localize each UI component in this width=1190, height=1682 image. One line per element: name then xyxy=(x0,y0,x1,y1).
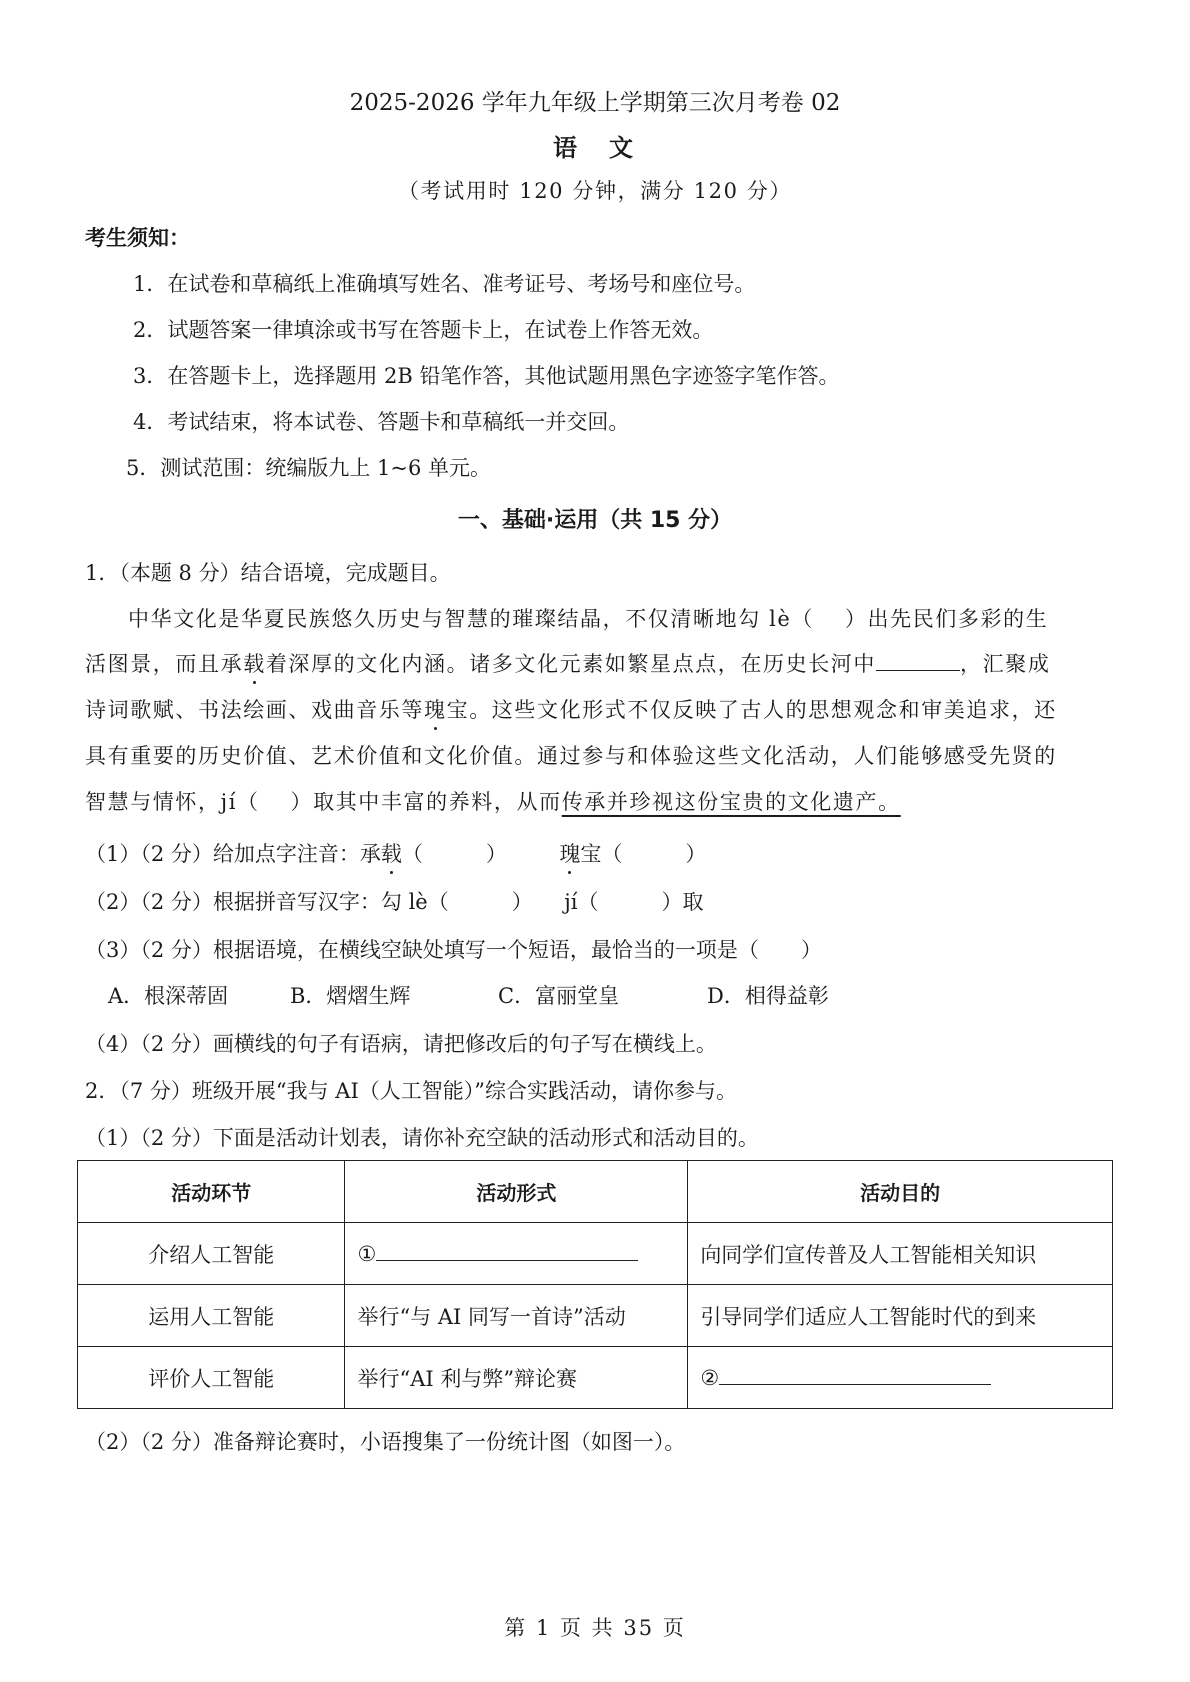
option-a[interactable]: A．根深蒂固 xyxy=(108,980,228,1010)
question-1-sub-1: （1）（2 分）给加点字注音：承载（ ） 瑰宝（ ） xyxy=(85,838,706,868)
column-header: 活动形式 xyxy=(345,1161,688,1223)
table-row: 评价人工智能 举行“AI 利与弊”辩论赛 ② xyxy=(78,1347,1113,1409)
question-2-sub-1: （1）（2 分）下面是活动计划表，请你补充空缺的活动形式和活动目的。 xyxy=(85,1122,759,1152)
stage-cell: 评价人工智能 xyxy=(78,1347,345,1409)
section-heading: 一、基础·运用（共 15 分） xyxy=(0,503,1190,534)
question-1-sub-4: （4）（2 分）画横线的句子有语病，请把修改后的句子写在横线上。 xyxy=(85,1028,717,1058)
passage-line: 具有重要的历史价值、艺术价值和文化价值。通过参与和体验这些文化活动，人们能够感受… xyxy=(85,740,1057,770)
dotted-char: 瑰 xyxy=(559,842,580,866)
table-header-row: 活动环节 活动形式 活动目的 xyxy=(78,1161,1113,1223)
form-cell[interactable]: ① xyxy=(345,1223,688,1285)
sub-text: （ ） xyxy=(402,842,560,866)
passage-line: 智慧与情怀，jí（ ）取其中丰富的养料，从而传承并珍视这份宝贵的文化遗产。 xyxy=(85,786,901,816)
notice-item: 1．在试卷和草稿纸上准确填写姓名、准考证号、考场号和座位号。 xyxy=(133,268,755,298)
passage-line: 诗词歌赋、书法绘画、戏曲音乐等瑰宝。这些文化形式不仅反映了古人的思想观念和审美追… xyxy=(85,694,1057,724)
dotted-char: 瑰 xyxy=(424,698,447,722)
option-d[interactable]: D．相得益彰 xyxy=(707,980,829,1010)
sub-text: （1）（2 分）给加点字注音：承 xyxy=(85,842,381,866)
passage-text: ，汇聚成 xyxy=(960,652,1050,676)
circled-number: ② xyxy=(700,1366,719,1390)
exam-info: （考试用时 120 分钟，满分 120 分） xyxy=(0,175,1190,205)
sub-text: 宝（ ） xyxy=(580,842,706,866)
passage-text: 诗词歌赋、书法绘画、戏曲音乐等 xyxy=(85,698,424,722)
answer-blank[interactable] xyxy=(876,669,960,671)
table-row: 运用人工智能 举行“与 AI 同写一首诗”活动 引导同学们适应人工智能时代的到来 xyxy=(78,1285,1113,1347)
option-c[interactable]: C．富丽堂皇 xyxy=(498,980,619,1010)
question-1-sub-3: （3）（2 分）根据语境，在横线空缺处填写一个短语，最恰当的一项是（ ） xyxy=(85,934,822,964)
passage-line: 活图景，而且承载着深厚的文化内涵。诸多文化元素如繁星点点，在历史长河中，汇聚成 xyxy=(85,648,1050,678)
question-2-stem: 2．（7 分）班级开展“我与 AI（人工智能）”综合实践活动，请你参与。 xyxy=(85,1075,737,1105)
page-footer: 第 1 页 共 35 页 xyxy=(0,1612,1190,1642)
answer-blank[interactable] xyxy=(719,1383,991,1385)
form-cell: 举行“AI 利与弊”辩论赛 xyxy=(345,1347,688,1409)
question-1-sub-2: （2）（2 分）根据拼音写汉字：勾 lè（ ） jí（ ）取 xyxy=(85,886,703,916)
passage-text: 智慧与情怀，jí（ ）取其中丰富的养料，从而 xyxy=(85,790,562,814)
subject-title: 语 文 xyxy=(0,128,1190,163)
column-header: 活动目的 xyxy=(688,1161,1113,1223)
purpose-cell: 向同学们宣传普及人工智能相关知识 xyxy=(688,1223,1113,1285)
passage-text: 活图景，而且承 xyxy=(85,652,243,676)
exam-title: 2025-2026 学年九年级上学期第三次月考卷 02 xyxy=(0,84,1190,117)
option-b[interactable]: B．熠熠生辉 xyxy=(290,980,410,1010)
stage-cell: 介绍人工智能 xyxy=(78,1223,345,1285)
activity-plan-table: 活动环节 活动形式 活动目的 介绍人工智能 ① 向同学们宣传普及人工智能相关知识… xyxy=(77,1160,1113,1409)
passage-text: 宝。这些文化形式不仅反映了古人的思想观念和审美追求，还 xyxy=(447,698,1057,722)
form-cell: 举行“与 AI 同写一首诗”活动 xyxy=(345,1285,688,1347)
purpose-cell: 引导同学们适应人工智能时代的到来 xyxy=(688,1285,1113,1347)
notice-heading: 考生须知： xyxy=(85,222,190,252)
answer-blank[interactable] xyxy=(376,1259,638,1261)
circled-number: ① xyxy=(357,1242,376,1266)
stage-cell: 运用人工智能 xyxy=(78,1285,345,1347)
passage-line: 中华文化是华夏民族悠久历史与智慧的璀璨结晶，不仅清晰地勾 lè（ ）出先民们多彩… xyxy=(128,603,1048,633)
notice-item: 3．在答题卡上，选择题用 2B 铅笔作答，其他试题用黑色字迹签字笔作答。 xyxy=(133,360,840,390)
table-row: 介绍人工智能 ① 向同学们宣传普及人工智能相关知识 xyxy=(78,1223,1113,1285)
dotted-char: 载 xyxy=(381,842,402,866)
notice-item: 5．测试范围：统编版九上 1~6 单元。 xyxy=(126,452,491,482)
column-header: 活动环节 xyxy=(78,1161,345,1223)
notice-item: 4．考试结束，将本试卷、答题卡和草稿纸一并交回。 xyxy=(133,406,629,436)
purpose-cell[interactable]: ② xyxy=(688,1347,1113,1409)
dotted-char: 载 xyxy=(243,652,266,676)
passage-text: 着深厚的文化内涵。诸多文化元素如繁星点点，在历史长河中 xyxy=(266,652,876,676)
question-2-sub-2: （2）（2 分）准备辩论赛时，小语搜集了一份统计图（如图一）。 xyxy=(85,1426,685,1456)
question-1-stem: 1．（本题 8 分）结合语境，完成题目。 xyxy=(85,557,451,587)
underlined-sentence: 传承并珍视这份宝贵的文化遗产。 xyxy=(562,790,901,814)
notice-item: 2．试题答案一律填涂或书写在答题卡上，在试卷上作答无效。 xyxy=(133,314,713,344)
